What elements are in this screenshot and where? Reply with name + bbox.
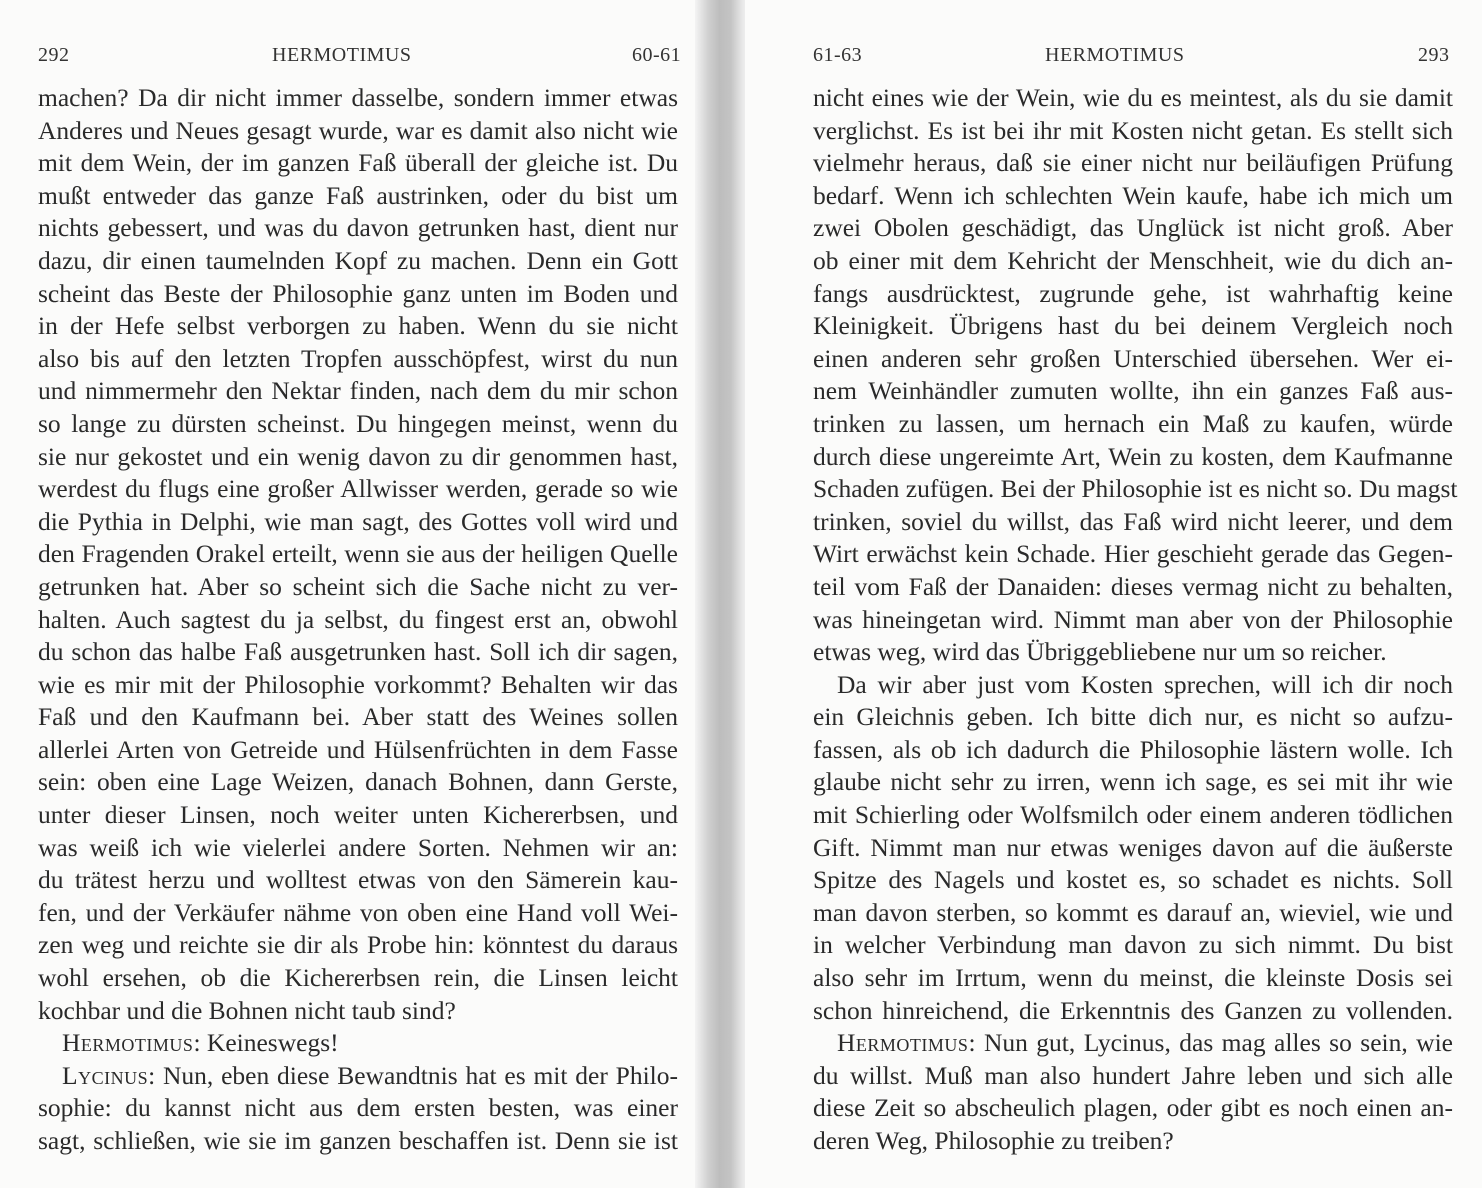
text-line: zen weg und reichte sie dir als Probe hi… — [38, 929, 678, 962]
dialogue-line: Hermotimus: Nun gut, Lycinus, das mag al… — [813, 1027, 1453, 1060]
text-line: scheint das Beste der Philosophie ganz u… — [38, 278, 678, 311]
text-line: nichts gebessert, und was du davon getru… — [38, 212, 678, 245]
text-line: allerlei Arten von Getreide und Hülsenfr… — [38, 734, 678, 767]
book-gutter-shadow — [695, 0, 750, 1188]
book-spread: 292 HERMOTIMUS 60-61 machen? Da dir nich… — [0, 0, 1482, 1188]
text-line: man davon sterben, so kommt es darauf an… — [813, 897, 1453, 930]
text-line: Faß und den Kaufmann bei. Aber statt des… — [38, 701, 678, 734]
text-line: machen? Da dir nicht immer dasselbe, son… — [38, 82, 678, 115]
text-line: glaube nicht sehr zu irren, wenn ich sag… — [813, 766, 1453, 799]
text-line: Anderes und Neues gesagt wurde, war es d… — [38, 115, 678, 148]
text-line: bedarf. Wenn ich schlechten Wein kaufe, … — [813, 180, 1453, 213]
text-line: teil vom Faß der Danaiden: dieses vermag… — [813, 571, 1453, 604]
text-line: Wirt erwächst kein Schade. Hier geschieh… — [813, 538, 1453, 571]
text-line: in welcher Verbindung man davon zu sich … — [813, 929, 1453, 962]
text-line: Da wir aber just vom Kosten sprechen, wi… — [813, 669, 1453, 702]
text-line: wohl ersehen, ob die Kichererbsen rein, … — [38, 962, 678, 995]
text-line: getrunken hat. Aber so scheint sich die … — [38, 571, 678, 604]
dialogue-text: : Nun gut, Lycinus, das mag alles so sei… — [968, 1028, 1453, 1057]
dialogue-line: Lycinus: Nun, eben diese Bewandtnis hat … — [38, 1060, 678, 1093]
text-line: trinken, soviel du willst, das Faß wird … — [813, 506, 1453, 539]
text-line: Spitze des Nagels und kostet es, so scha… — [813, 864, 1453, 897]
text-line: du willst. Muß man also hundert Jahre le… — [813, 1060, 1453, 1093]
text-line: mit Schierling oder Wolfsmilch oder eine… — [813, 799, 1453, 832]
text-line: fangs ausdrücktest, zugrunde gehe, ist w… — [813, 278, 1453, 311]
text-line: werdest du flugs eine großer Allwisser w… — [38, 473, 678, 506]
text-line: nem Weinhändler zumuten wollte, ihn ein … — [813, 375, 1453, 408]
text-line: sagt, schließen, wie sie im ganzen besch… — [38, 1125, 678, 1158]
text-line: trinken zu lassen, um hernach ein Maß zu… — [813, 408, 1453, 441]
text-line: fassen, als ob ich dadurch die Philosoph… — [813, 734, 1453, 767]
text-line: sophie: du kannst nicht aus dem ersten b… — [38, 1092, 678, 1125]
text-line: nicht eines wie der Wein, wie du es mein… — [813, 82, 1453, 115]
text-line: was weiß ich wie vielerlei andere Sorten… — [38, 832, 678, 865]
dialogue-line: Hermotimus: Keineswegs! — [38, 1027, 678, 1060]
text-line: und nimmermehr den Nektar finden, nach d… — [38, 375, 678, 408]
text-line: kochbar und die Bohnen nicht taub sind? — [38, 995, 678, 1028]
dialogue-text: : Nun, eben diese Bewandtnis hat es mit … — [148, 1061, 678, 1090]
text-line: vielmehr heraus, daß sie einer nicht nur… — [813, 147, 1453, 180]
running-title-left: HERMOTIMUS — [272, 44, 411, 67]
text-line: fen, und der Verkäufer nähme von oben ei… — [38, 897, 678, 930]
page-number-right: 293 — [1418, 44, 1450, 67]
text-line: so lange zu dürsten scheinst. Du hingege… — [38, 408, 678, 441]
left-page-body: machen? Da dir nicht immer dasselbe, son… — [38, 82, 678, 1158]
page-number-left: 292 — [38, 44, 70, 67]
text-line: verglichst. Es ist bei ihr mit Kosten ni… — [813, 115, 1453, 148]
right-page: 61-63 HERMOTIMUS 293 nicht eines wie der… — [745, 0, 1482, 1188]
dialogue-text: : Keineswegs! — [193, 1028, 338, 1057]
text-line: durch diese ungereimte Art, Wein zu kost… — [813, 441, 1453, 474]
section-range-left: 60-61 — [632, 44, 681, 67]
speaker-name: Hermotimus — [837, 1028, 968, 1057]
text-line: also bis auf den letzten Tropfen ausschö… — [38, 343, 678, 376]
section-range-right: 61-63 — [813, 44, 862, 67]
speaker-name: Lycinus — [62, 1061, 148, 1090]
text-line: Schaden zufügen. Bei der Philosophie ist… — [813, 473, 1453, 506]
text-line: schon hinreichend, die Erkenntnis des Ga… — [813, 995, 1453, 1028]
running-title-right: HERMOTIMUS — [1045, 44, 1184, 67]
text-line: du schon das halbe Faß ausgetrunken hast… — [38, 636, 678, 669]
text-line: deren Weg, Philosophie zu treiben? — [813, 1125, 1453, 1158]
text-line: zwei Obolen geschädigt, das Unglück ist … — [813, 212, 1453, 245]
text-line: du trätest herzu und wolltest etwas von … — [38, 864, 678, 897]
text-line: mußt entweder das ganze Faß austrinken, … — [38, 180, 678, 213]
text-line: was hineingetan wird. Nimmt man aber von… — [813, 604, 1453, 637]
text-line: dazu, dir einen taumelnden Kopf zu mache… — [38, 245, 678, 278]
text-line: sein: oben eine Lage Weizen, danach Bohn… — [38, 766, 678, 799]
text-line: also sehr im Irrtum, wenn du meinst, die… — [813, 962, 1453, 995]
text-line: in der Hefe selbst verborgen zu haben. W… — [38, 310, 678, 343]
text-line: etwas weg, wird das Übriggebliebene nur … — [813, 636, 1453, 669]
text-line: den Fragenden Orakel erteilt, wenn sie a… — [38, 538, 678, 571]
text-line: Kleinigkeit. Übrigens hast du bei deinem… — [813, 310, 1453, 343]
text-line: mit dem Wein, der im ganzen Faß überall … — [38, 147, 678, 180]
text-line: die Pythia in Delphi, wie man sagt, des … — [38, 506, 678, 539]
text-line: einen anderen sehr großen Unterschied üb… — [813, 343, 1453, 376]
speaker-name: Hermotimus — [62, 1028, 193, 1057]
left-page: 292 HERMOTIMUS 60-61 machen? Da dir nich… — [0, 0, 700, 1188]
text-line: halten. Auch sagtest du ja selbst, du fi… — [38, 604, 678, 637]
text-line: wie es mir mit der Philosophie vorkommt?… — [38, 669, 678, 702]
text-line: ob einer mit dem Kehricht der Menschheit… — [813, 245, 1453, 278]
text-line: unter dieser Linsen, noch weiter unten K… — [38, 799, 678, 832]
text-line: ein Gleichnis geben. Ich bitte dich nur,… — [813, 701, 1453, 734]
text-line: Gift. Nimmt man nur etwas weniges davon … — [813, 832, 1453, 865]
text-line: sie nur gekostet und ein wenig davon zu … — [38, 441, 678, 474]
text-line: diese Zeit so abscheulich plagen, oder g… — [813, 1092, 1453, 1125]
right-page-body: nicht eines wie der Wein, wie du es mein… — [813, 82, 1453, 1158]
